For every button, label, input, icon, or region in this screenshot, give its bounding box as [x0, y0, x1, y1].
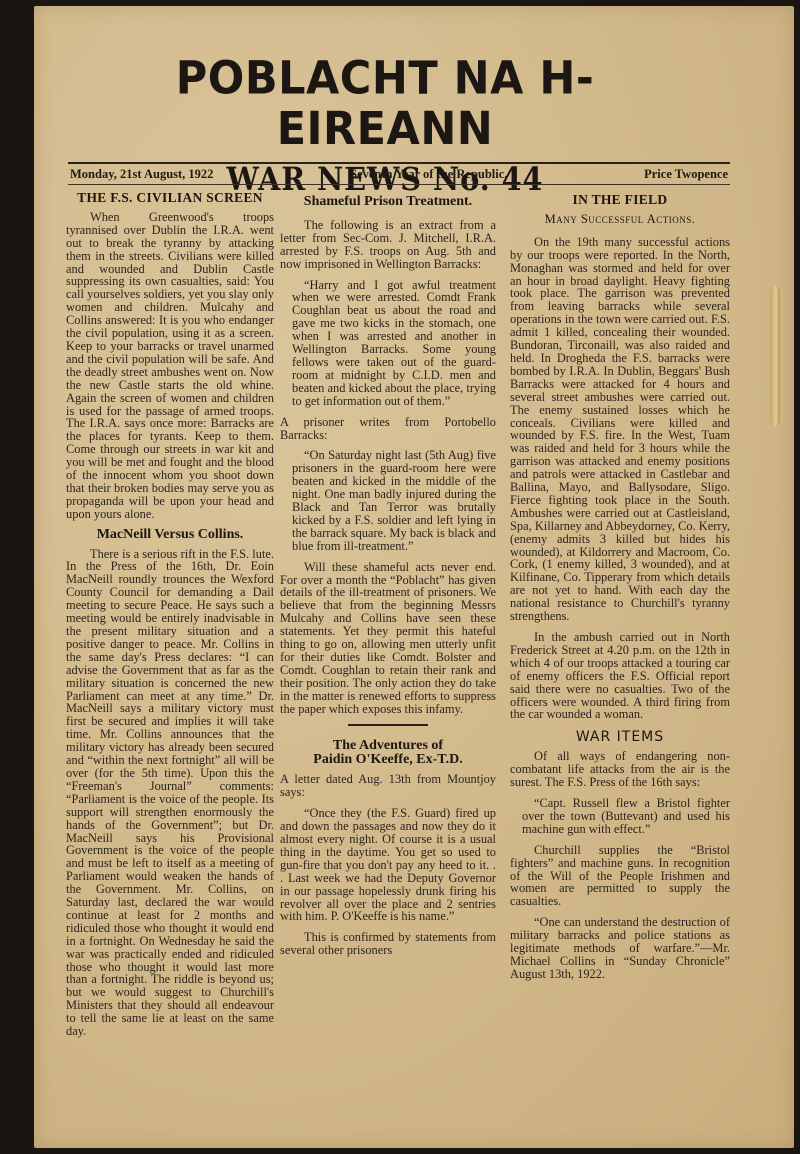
dateline: Monday, 21st August, 1922 Seventh Year o…	[68, 162, 730, 185]
article-paragraph: In the ambush carried out in North Frede…	[510, 631, 730, 721]
article-paragraph: A prisoner writes from Portobello Barrac…	[280, 416, 496, 442]
section-divider	[348, 724, 428, 726]
article-quote: “Once they (the F.S. Guard) fired up and…	[280, 807, 496, 923]
article-heading: IN THE FIELD	[510, 194, 730, 207]
article-heading: Paidin O'Keeffe, Ex-T.D.	[280, 754, 496, 767]
article-subheading: Many Successful Actions.	[510, 213, 730, 226]
article-paragraph: A letter dated Aug. 13th from Mountjoy s…	[280, 773, 496, 799]
article-paragraph: There is a serious rift in the F.S. lute…	[66, 548, 274, 1038]
article-paragraph: On the 19th many successful actions by o…	[510, 236, 730, 623]
article-paragraph: This is confirmed by statements from sev…	[280, 931, 496, 957]
article-quote: “Capt. Russell flew a Bristol fighter ov…	[522, 797, 730, 836]
article-paragraph: Of all ways of endangering non-combatant…	[510, 750, 730, 789]
price: Price Twopence	[642, 167, 730, 182]
article-paragraph: The following is an extract from a lette…	[280, 219, 496, 271]
article-heading: WAR ITEMS	[510, 731, 730, 744]
republic-year: Seventh Year of the Republic.	[348, 167, 509, 182]
article-paragraph: When Greenwood's troops tyrannised over …	[66, 211, 274, 521]
column-3: IN THE FIELD Many Successful Actions. On…	[510, 190, 730, 989]
page-curl	[770, 286, 780, 426]
article-heading: MacNeill Versus Collins.	[66, 529, 274, 542]
column-2: Shameful Prison Treatment. The following…	[280, 190, 496, 965]
column-1: THE F.S. CIVILIAN SCREEN When Greenwood'…	[66, 190, 274, 1046]
article-heading: THE F.S. CIVILIAN SCREEN	[66, 192, 274, 205]
article-quote: “One can understand the destruction of m…	[510, 916, 730, 981]
article-quote: “On Saturday night last (5th Aug) five p…	[292, 449, 496, 552]
issue-date: Monday, 21st August, 1922	[68, 167, 215, 182]
article-paragraph: Will these shameful acts never end. For …	[280, 561, 496, 716]
article-heading: Shameful Prison Treatment.	[280, 196, 496, 209]
article-paragraph: Churchill supplies the “Bristol fighters…	[510, 844, 730, 909]
newspaper-title: POBLACHT NA H-EIREANN	[70, 54, 700, 155]
article-heading: The Adventures of	[280, 740, 496, 753]
article-quote: “Harry and I got awful treatment when we…	[292, 279, 496, 408]
